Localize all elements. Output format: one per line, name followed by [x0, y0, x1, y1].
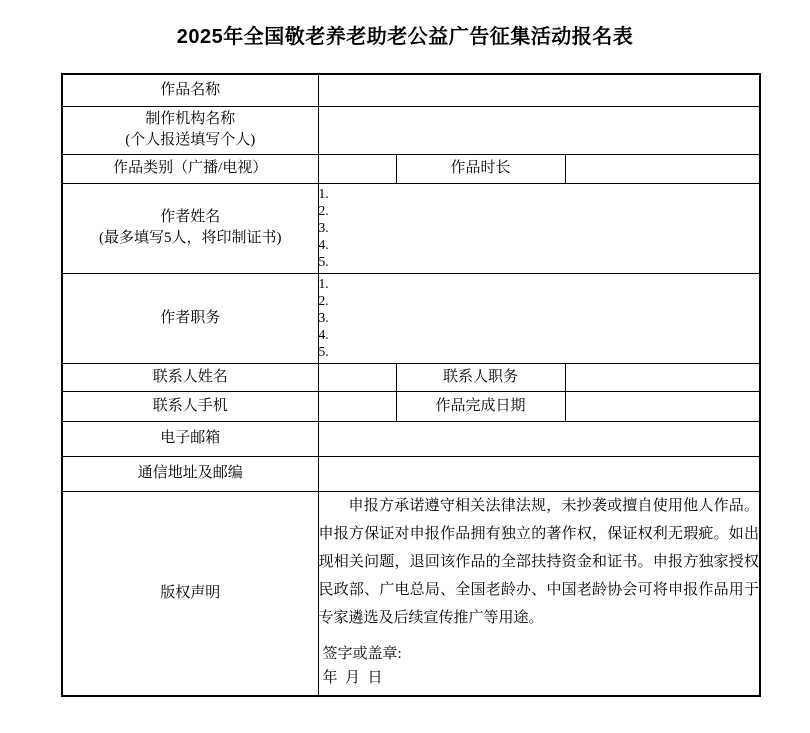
email-label: 电子邮箱	[62, 421, 318, 456]
email-input-cell[interactable]	[318, 421, 760, 456]
positions-label: 作者职务	[62, 273, 318, 363]
completion-date-label: 作品完成日期	[396, 391, 565, 421]
signature-or-seal-label[interactable]: 签字或盖章:	[323, 642, 760, 666]
row-address: 通信地址及邮编	[62, 456, 760, 491]
address-label: 通信地址及邮编	[62, 456, 318, 491]
row-copyright: 版权声明 申报方承诺遵守相关法律法规，未抄袭或擅自使用他人作品。申报方保证对申报…	[62, 491, 760, 696]
authors-numbered-list: 1. 2. 3. 4. 5.	[319, 184, 760, 270]
row-authors: 作者姓名 (最多填写5人，将印制证书) 1. 2. 3. 4. 5.	[62, 183, 760, 273]
authors-label: 作者姓名 (最多填写5人，将印制证书)	[62, 183, 318, 273]
row-email: 电子邮箱	[62, 421, 760, 456]
duration-label: 作品时长	[396, 154, 565, 183]
positions-list-cell[interactable]: 1. 2. 3. 4. 5.	[318, 273, 760, 363]
copyright-content-cell: 申报方承诺遵守相关法律法规，未抄袭或擅自使用他人作品。申报方保证对申报作品拥有独…	[318, 491, 760, 696]
contact-name-label: 联系人姓名	[62, 363, 318, 391]
work-name-label: 作品名称	[62, 74, 318, 106]
row-phone-date: 联系人手机 作品完成日期	[62, 391, 760, 421]
signature-block[interactable]: 签字或盖章: 年 月 日	[323, 642, 760, 690]
work-name-input-cell[interactable]	[318, 74, 760, 106]
positions-numbered-list: 1. 2. 3. 4. 5.	[319, 274, 760, 360]
address-input-cell[interactable]	[318, 456, 760, 491]
row-category-duration: 作品类别（广播/电视） 作品时长	[62, 154, 760, 183]
category-label: 作品类别（广播/电视）	[62, 154, 318, 183]
row-positions: 作者职务 1. 2. 3. 4. 5.	[62, 273, 760, 363]
contact-title-input-cell[interactable]	[565, 363, 760, 391]
copyright-statement: 申报方承诺遵守相关法律法规，未抄袭或擅自使用他人作品。申报方保证对申报作品拥有独…	[319, 492, 760, 632]
document-page: 2025年全国敬老养老助老公益广告征集活动报名表 作品名称 制作机构名称 (个人…	[0, 0, 810, 733]
year-month-day-line[interactable]: 年 月 日	[323, 666, 760, 690]
org-name-input-cell[interactable]	[318, 106, 760, 154]
form-title: 2025年全国敬老养老助老公益广告征集活动报名表	[0, 0, 810, 48]
category-input-cell[interactable]	[318, 154, 396, 183]
row-org-name: 制作机构名称 (个人报送填写个人)	[62, 106, 760, 154]
row-work-name: 作品名称	[62, 74, 760, 106]
org-name-label: 制作机构名称 (个人报送填写个人)	[62, 106, 318, 154]
copyright-label: 版权声明	[62, 491, 318, 696]
row-contact-name-title: 联系人姓名 联系人职务	[62, 363, 760, 391]
authors-list-cell[interactable]: 1. 2. 3. 4. 5.	[318, 183, 760, 273]
contact-name-input-cell[interactable]	[318, 363, 396, 391]
contact-phone-label: 联系人手机	[62, 391, 318, 421]
completion-date-input-cell[interactable]	[565, 391, 760, 421]
contact-title-label: 联系人职务	[396, 363, 565, 391]
registration-form-table: 作品名称 制作机构名称 (个人报送填写个人) 作品类别（广播/电视） 作品时长 …	[61, 73, 761, 697]
contact-phone-input-cell[interactable]	[318, 391, 396, 421]
duration-input-cell[interactable]	[565, 154, 760, 183]
